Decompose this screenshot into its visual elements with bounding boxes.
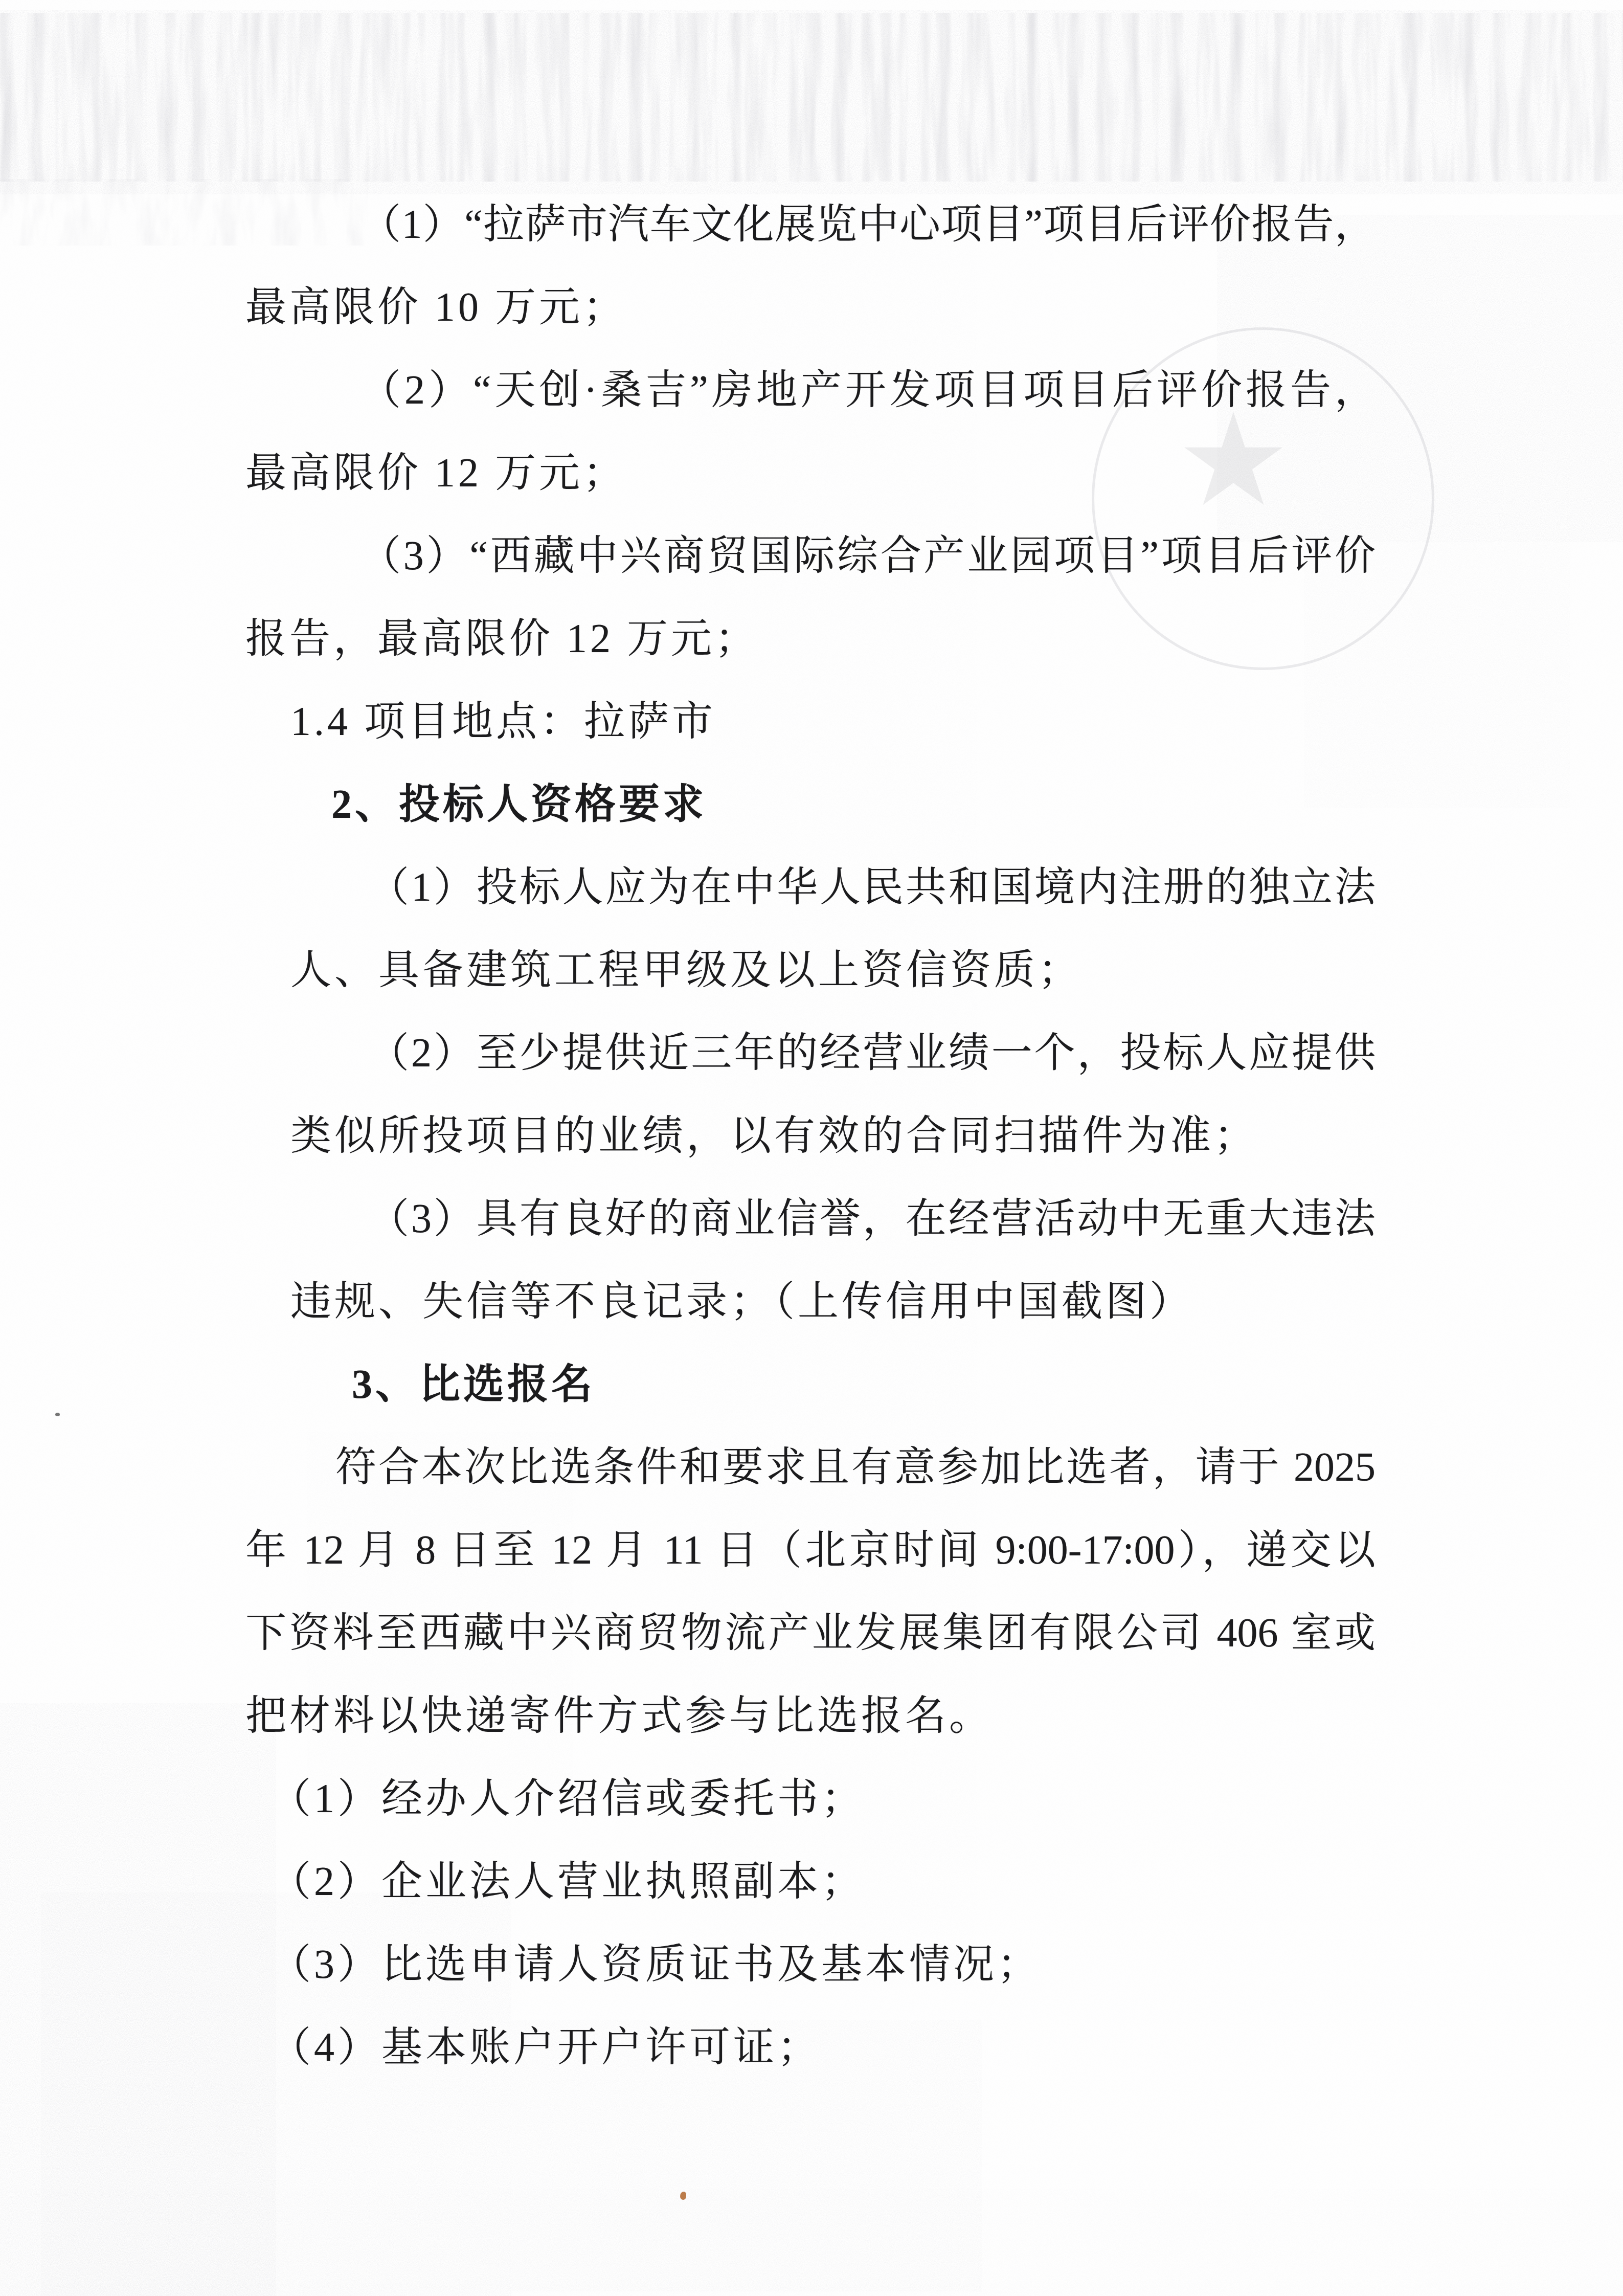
text-line: （1）经办人介绍信或委托书； [245,1757,1376,1840]
text-line: （2）企业法人营业执照副本； [245,1840,1376,1923]
text-line: 3、比选报名 [245,1343,1376,1426]
text-line: （3）比选申请人资质证书及基本情况； [245,1923,1376,2006]
text-line: （2）“天创·桑吉”房地产开发项目项目后评价报告， [245,349,1376,432]
text-line: 下资料至西藏中兴商贸物流产业发展集团有限公司 406 室或 [245,1592,1376,1675]
text-line: 人、具备建筑工程甲级及以上资信资质； [245,929,1376,1012]
text-line: （1）“拉萨市汽车文化展览中心项目”项目后评价报告， [245,183,1376,266]
ink-speck [680,2192,686,2200]
text-line: 最高限价 12 万元； [245,432,1376,515]
text-line: 违规、失信等不良记录；（上传信用中国截图） [245,1260,1376,1343]
text-line: （1）投标人应为在中华人民共和国境内注册的独立法 [245,846,1376,929]
scanned-document-page: ★ （1）“拉萨市汽车文化展览中心项目”项目后评价报告，最高限价 10 万元；（… [0,0,1623,2296]
text-line: 报告，最高限价 12 万元； [245,597,1376,680]
text-line: 年 12 月 8 日至 12 月 11 日（北京时间 9:00-17:00），递… [245,1509,1376,1592]
text-line: 最高限价 10 万元； [245,266,1376,349]
text-line: 2、投标人资格要求 [245,763,1376,846]
dust-dot [55,1413,60,1416]
text-line: 类似所投项目的业绩，以有效的合同扫描件为准； [245,1095,1376,1177]
text-line: 把材料以快递寄件方式参与比选报名。 [245,1675,1376,1757]
text-line: 符合本次比选条件和要求且有意参加比选者，请于 2025 [245,1426,1376,1509]
text-line: （3）具有良好的商业信誉，在经营活动中无重大违法 [245,1177,1376,1260]
text-line: 1.4 项目地点：拉萨市 [245,680,1376,763]
text-line: （4）基本账户开户许可证； [245,2006,1376,2089]
document-text: （1）“拉萨市汽车文化展览中心项目”项目后评价报告，最高限价 10 万元；（2）… [245,183,1376,2089]
text-line: （2）至少提供近三年的经营业绩一个，投标人应提供 [245,1012,1376,1095]
text-line: （3）“西藏中兴商贸国际综合产业园项目”项目后评价 [245,515,1376,597]
